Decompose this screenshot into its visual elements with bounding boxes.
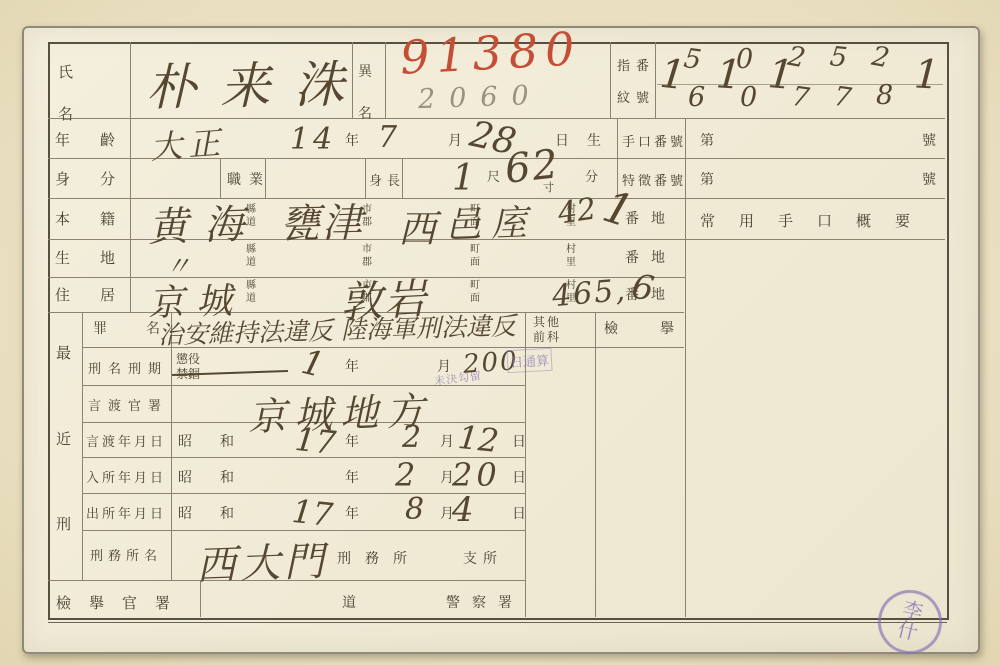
common-mo-header: 常用手口概要	[700, 210, 934, 231]
grid-line	[655, 42, 656, 118]
birth-year-handwriting: 14	[290, 122, 336, 157]
village-marker: 村里	[566, 243, 577, 269]
sentencing-year-handwriting: 17	[293, 420, 337, 462]
fingerprint-digit: 1	[913, 51, 941, 98]
fingerprint-denominator: 8	[876, 80, 893, 111]
province-label: 道	[342, 592, 356, 612]
province-marker: 縣道	[246, 279, 257, 305]
feature-number-prefix: 第	[700, 169, 714, 189]
fingerprint-numerator: 5	[828, 41, 848, 74]
fingerprint-label-left: 指紋	[617, 50, 631, 114]
height-value-1: 1	[452, 158, 475, 199]
sentencing-office-label: 言渡官署	[88, 395, 168, 414]
day-unit: 日	[512, 467, 526, 487]
domicile-label: 本籍	[55, 208, 145, 229]
fingerprint-denominator: 0	[740, 82, 757, 113]
prison-name-label: 刑務所名	[90, 545, 162, 564]
occupation-label: 職業	[227, 169, 271, 189]
mo-number-prefix: 第	[700, 130, 714, 150]
birth-era-handwriting: 大正	[148, 117, 227, 168]
domicile-village-handwriting: 邑庢	[444, 194, 538, 248]
sentencing-date-label: 言渡年月日	[86, 431, 166, 450]
residence-label: 住居	[55, 284, 145, 305]
year-unit: 年	[345, 503, 359, 523]
release-year-handwriting: 17	[290, 492, 334, 534]
arrest-label: 檢擧	[604, 318, 716, 338]
mo-number-suffix: 號	[922, 130, 936, 150]
month-unit: 月	[440, 431, 454, 451]
grid-line	[365, 158, 366, 198]
recent-sentence-label-2: 近	[56, 428, 71, 449]
showa-era-label: 昭和	[178, 431, 262, 451]
age-label: 年齡	[55, 129, 145, 150]
admission-day-handwriting: 20	[452, 456, 501, 494]
prison-name-handwriting: 西大門	[195, 530, 329, 592]
birthplace-label: 生地	[55, 247, 145, 268]
banchi-label: 番地	[625, 247, 677, 267]
domicile-county-handwriting: 甕津	[280, 191, 365, 249]
detention-stamp-suffix: 日通算	[506, 348, 552, 373]
release-date-label: 出所年月日	[86, 503, 166, 522]
grid-line	[48, 622, 947, 623]
height-sun-unit: 寸	[543, 179, 554, 195]
day-born-unit: 日生	[555, 130, 619, 150]
year-unit: 年	[345, 356, 359, 376]
banchi-label: 番地	[625, 208, 677, 228]
red-registry-number: 91380	[399, 21, 583, 84]
grid-line	[220, 158, 221, 198]
crime-label-1: 罪	[93, 318, 107, 338]
alias-label: 異名	[358, 52, 374, 136]
police-station-label: 警察署	[446, 592, 524, 612]
fingerprint-denominator: 6	[688, 82, 705, 113]
arrest-office-label: 檢擧官署	[56, 592, 188, 613]
sentence-label: 刑名刑期	[88, 358, 168, 377]
name-handwriting: 朴来洙	[145, 44, 368, 120]
grid-line	[385, 42, 386, 118]
grid-line	[82, 312, 83, 580]
scanned-page: 氏名 朴来洙 異名 91380 2060 指紋 番號 1 5 6 1 0 0 1…	[0, 0, 1000, 665]
year-unit: 年	[345, 467, 359, 487]
fingerprint-label-right: 番號	[636, 50, 650, 114]
recent-sentence-label-1: 最	[56, 342, 71, 363]
recent-sentence-label-3: 刑	[56, 513, 71, 534]
domicile-township-handwriting: 西	[398, 198, 436, 253]
release-day-handwriting: 4	[452, 490, 474, 530]
release-month-handwriting: 8	[405, 492, 424, 527]
status-label: 身分	[55, 168, 145, 189]
admission-month-handwriting: 2	[395, 456, 415, 494]
showa-era-label: 昭和	[178, 467, 262, 487]
sentencing-day-handwriting: 12	[456, 418, 500, 460]
grid-line	[171, 312, 172, 580]
day-unit: 日	[512, 503, 526, 523]
fingerprint-numerator: 0	[736, 44, 753, 75]
height-shaku-unit: 尺	[487, 166, 500, 185]
domicile-banchi-handwriting: 42	[556, 192, 599, 232]
name-label: 氏名	[58, 52, 75, 136]
prison-suffix-label: 刑務所	[337, 548, 421, 568]
grid-line	[610, 42, 611, 118]
year-unit: 年	[345, 431, 359, 451]
pencil-number: 2060	[417, 80, 543, 115]
birth-month-handwriting: 7	[378, 120, 397, 155]
grid-line	[595, 312, 596, 617]
month-unit: 月	[448, 130, 462, 150]
year-unit: 年	[345, 130, 359, 150]
residence-banchi-handwriting: 465,	[551, 273, 629, 314]
grid-line	[685, 118, 686, 617]
feature-number-suffix: 號	[922, 169, 936, 189]
seal-characters: 李什	[894, 599, 926, 645]
domicile-province-handwriting: 黄海	[147, 192, 261, 253]
height-bu-unit: 分	[585, 166, 598, 185]
sentencing-month-handwriting: 2	[402, 420, 421, 455]
branch-label: 支所	[463, 548, 503, 568]
day-unit: 日	[512, 431, 526, 451]
mo-number-label: 手口番號	[622, 131, 686, 150]
showa-era-label: 昭和	[178, 503, 262, 523]
town-township-marker: 町面	[470, 279, 481, 305]
other-priors-label: 其他前科	[533, 315, 561, 345]
height-label: 身長	[369, 170, 405, 189]
admission-date-label: 入所年月日	[86, 467, 166, 486]
